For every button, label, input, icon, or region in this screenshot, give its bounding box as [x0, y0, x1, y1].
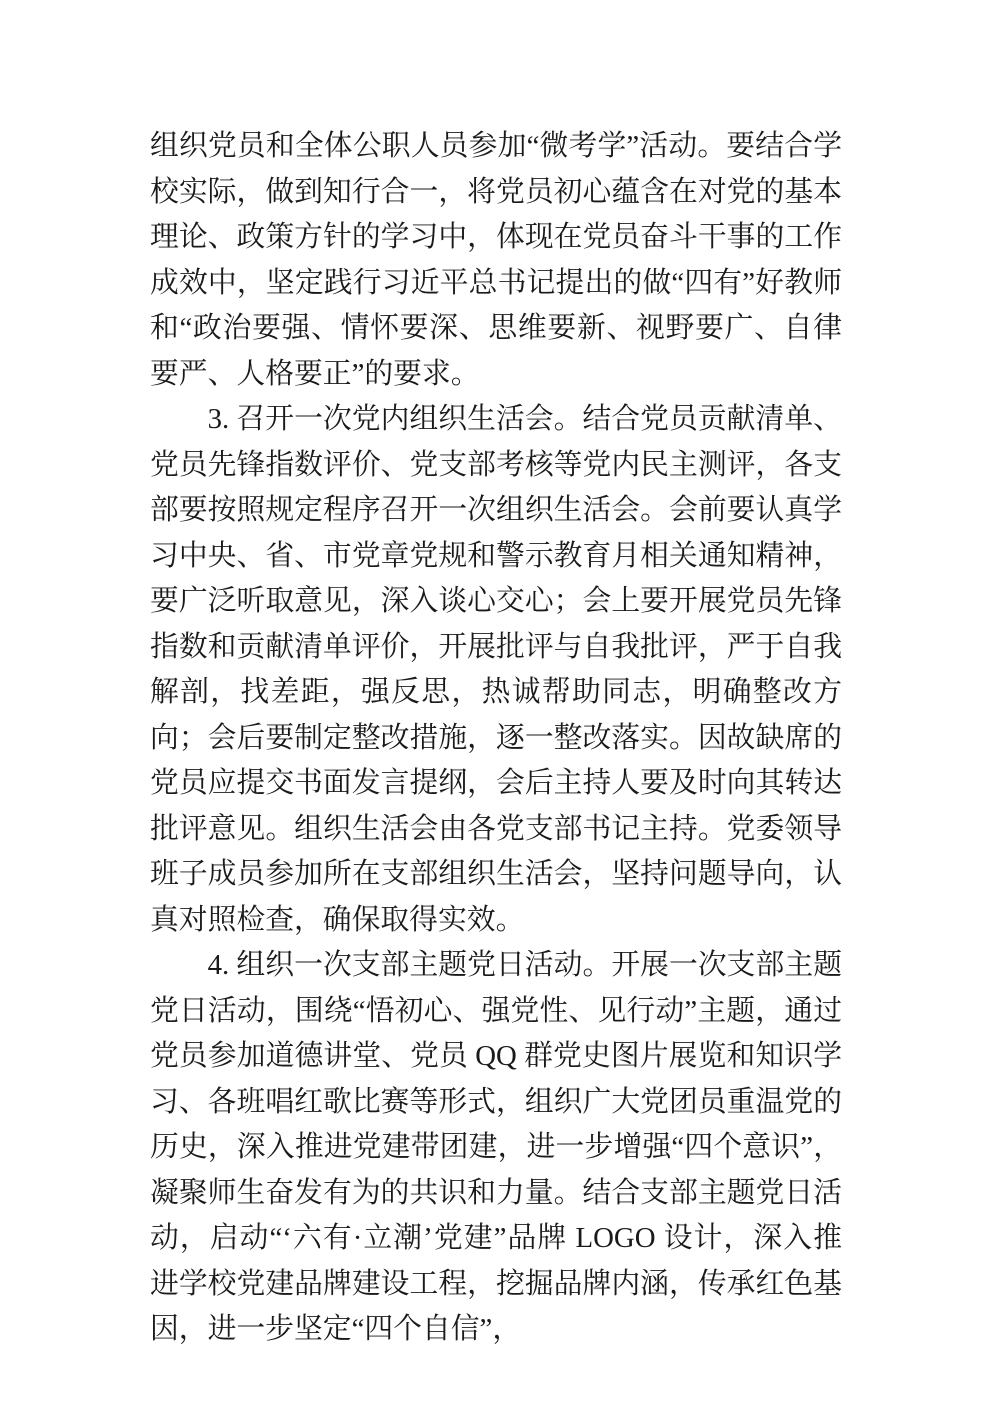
paragraph-item-3: 3. 召开一次党内组织生活会。结合党员贡献清单、党员先锋指数评价、党支部考核等党…	[150, 397, 842, 943]
text-block: 组织党员和全体公职人员参加“微考学”活动。要结合学校实际，做到知行合一，将党员初…	[150, 124, 842, 1353]
paragraph-continuation: 组织党员和全体公职人员参加“微考学”活动。要结合学校实际，做到知行合一，将党员初…	[150, 124, 842, 397]
document-page: 组织党员和全体公职人员参加“微考学”活动。要结合学校实际，做到知行合一，将党员初…	[0, 0, 992, 1403]
paragraph-item-4: 4. 组织一次支部主题党日活动。开展一次支部主题党日活动，围绕“悟初心、强党性、…	[150, 943, 842, 1353]
